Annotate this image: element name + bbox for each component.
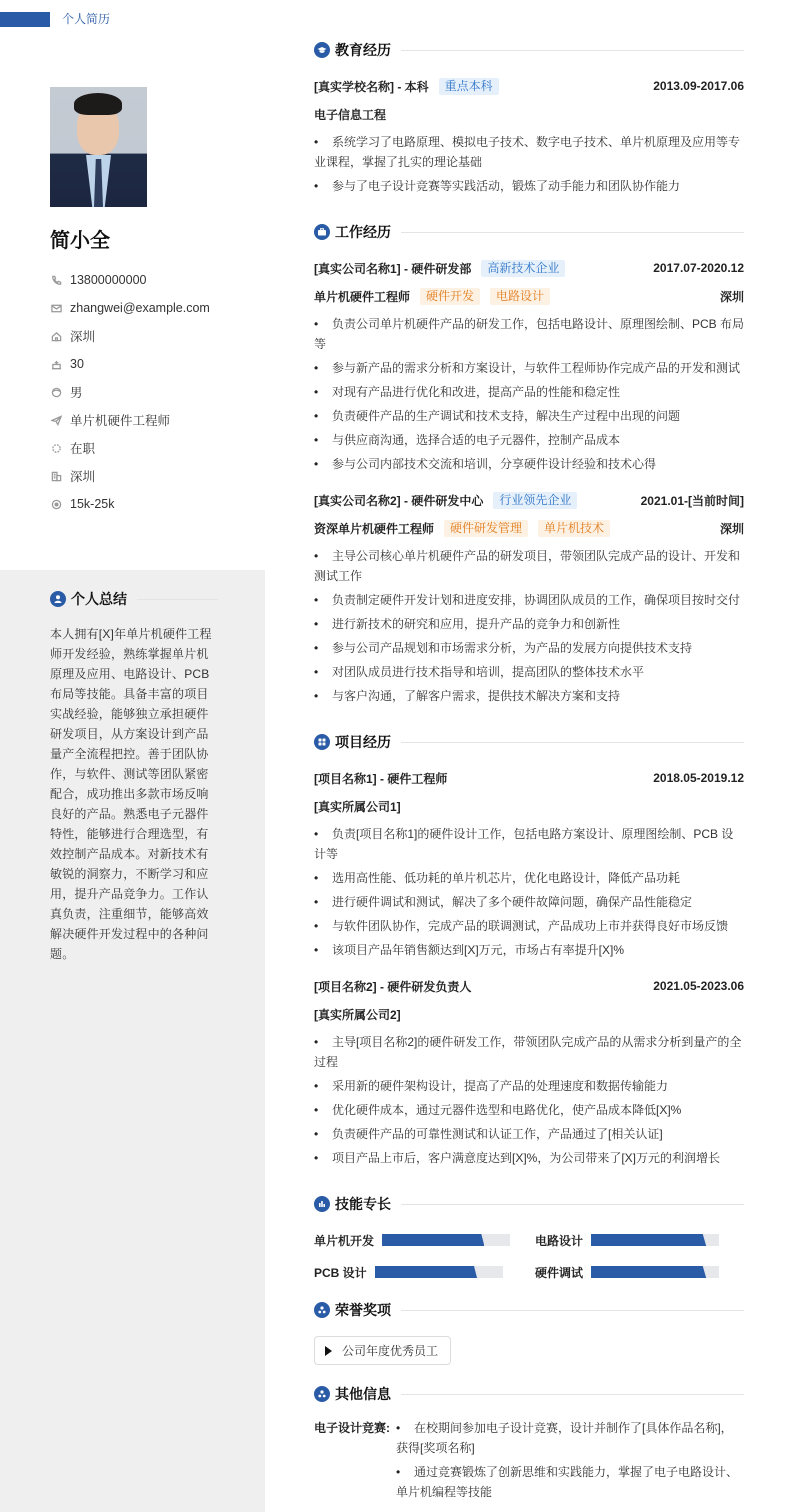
list-item: 参与公司产品规划和市场需求分析，为产品的发展方向提供技术支持 [314,638,744,658]
job-1-period: 2017.07-2020.12 [653,261,744,275]
skill-bar [382,1234,510,1246]
graduation-cap-icon [314,42,330,58]
send-icon [50,414,62,426]
info-status: 在职 [50,434,260,462]
education-bullets: 系统学习了电路原理、模拟电子技术、数字电子技术、单片机原理及应用等专业课程，掌握… [314,132,744,200]
skill-item: 单片机开发 [314,1230,510,1250]
summary-text: 本人拥有[X]年单片机硬件工程师开发经验，熟练掌握单片机原理及应用、电路设计、P… [50,624,216,964]
education-major: 电子信息工程 [314,106,386,123]
photo-hair [74,93,122,115]
summary-title: 个人总结 [71,589,127,609]
info-phone: 13800000000 [50,266,260,294]
job-2-period: 2021.01-[当前时间] [641,492,744,509]
skill-item: 硬件调试 [535,1262,719,1282]
list-item: 参与了电子设计竞赛等实践活动，锻炼了动手能力和团队协作能力 [314,176,744,196]
job-2-company-row: [真实公司名称2] - 硬件研发中心行业领先企业 2021.01-[当前时间] [314,490,744,510]
job-2-city: 深圳 [720,520,744,537]
other-bullets: 在校期间参加电子设计竞赛，设计并制作了[具体作品名称]，获得[奖项名称] 通过竞… [396,1418,744,1506]
info-age-value: 30 [70,357,84,371]
job-1-role: 单片机硬件工程师 [314,288,410,305]
job-2-role-row: 资深单片机硬件工程师硬件研发管理单片机技术 深圳 [314,518,744,538]
list-item: 进行硬件调试和测试，解决了多个硬件故障问题，确保产品性能稳定 [314,892,744,912]
list-item: 参与新产品的需求分析和方案设计，与软件工程师协作完成产品的开发和测试 [314,358,744,378]
other-title: 其他信息 [335,1384,391,1404]
list-item: 主导公司核心单片机硬件产品的研发项目，带领团队完成产品的设计、开发和测试工作 [314,546,744,586]
list-item: 负责制定硬件开发计划和进度安排，协调团队成员的工作，确保项目按时交付 [314,590,744,610]
other-label: 电子设计竞赛: [314,1418,396,1506]
skill-name: 硬件调试 [535,1264,583,1281]
section-divider [401,1310,744,1311]
skill-bar [591,1234,719,1246]
contact-info-list: 13800000000 zhangwei@example.com 深圳 30 男… [50,266,260,518]
award-icon [314,1302,330,1318]
job-1-company: [真实公司名称1] - 硬件研发部 [314,260,471,277]
info-position-value: 单片机硬件工程师 [70,411,170,429]
skill-item: 电路设计 [535,1230,719,1250]
list-item: 负责[项目名称1]的硬件设计工作，包括电路方案设计、原理图绘制、PCB 设计等 [314,824,744,864]
skill-bar [375,1266,503,1278]
avatar-photo [50,87,147,207]
list-item: 通过竞赛锻炼了创新思维和实践能力，掌握了电子电路设计、单片机编程等技能 [396,1462,744,1502]
list-item: 与软件团队协作，完成产品的联调测试，产品成功上市并获得良好市场反馈 [314,916,744,936]
skill-bar-fill [382,1234,484,1246]
job-1-city: 深圳 [720,288,744,305]
education-major-row: 电子信息工程 [314,104,744,124]
list-item: 负责硬件产品的可靠性测试和认证工作，产品通过了[相关认证] [314,1124,744,1144]
skill-bar-fill [591,1266,706,1278]
list-item: 选用高性能、低功耗的单片机芯片，优化电路设计，降低产品功耗 [314,868,744,888]
skill-name: 单片机开发 [314,1232,374,1249]
list-item: 优化硬件成本，通过元器件选型和电路优化，使产品成本降低[X]% [314,1100,744,1120]
project-2-row: [项目名称2] - 硬件研发负责人 2021.05-2023.06 [314,976,744,996]
job-2-role: 资深单片机硬件工程师 [314,520,434,537]
info-phone-value: 13800000000 [70,273,146,287]
salary-icon [50,498,62,510]
project-2-bullets: 主导[项目名称2]的硬件研发工作，带领团队完成产品的从需求分析到量产的全过程 采… [314,1032,744,1172]
user-icon [50,591,66,607]
header-accent-bar [0,12,50,27]
awards-section-header: 荣誉奖项 [314,1300,744,1320]
project-1-company-row: [真实所属公司1] [314,796,744,816]
section-divider [401,1204,744,1205]
project-1-row: [项目名称1] - 硬件工程师 2018.05-2019.12 [314,768,744,788]
grid-icon [314,734,330,750]
list-item: 对现有产品进行优化和改进，提高产品的性能和稳定性 [314,382,744,402]
list-item: 该项目产品年销售额达到[X]万元，市场占有率提升[X]% [314,940,744,960]
project-2-period: 2021.05-2023.06 [653,979,744,993]
list-item: 对团队成员进行技术指导和培训，提高团队的整体技术水平 [314,662,744,682]
section-divider [137,599,218,600]
award-label: 公司年度优秀员工 [342,1342,438,1359]
briefcase-icon [314,224,330,240]
info-icon [314,1386,330,1402]
list-item: 参与公司内部技术交流和培训，分享硬件设计经验和技术心得 [314,454,744,474]
list-item: 与客户沟通，了解客户需求，提供技术解决方案和支持 [314,686,744,706]
award-item: 公司年度优秀员工 [314,1336,451,1365]
job-1-role-tag: 电路设计 [490,288,550,305]
info-gender-value: 男 [70,383,83,401]
info-salary-value: 15k-25k [70,497,114,511]
triangle-right-icon [325,1346,332,1356]
projects-title: 项目经历 [335,732,391,752]
job-1-company-row: [真实公司名称1] - 硬件研发部高新技术企业 2017.07-2020.12 [314,258,744,278]
education-school-row: [真实学校名称] - 本科重点本科 2013.09-2017.06 [314,76,744,96]
projects-section-header: 项目经历 [314,732,744,752]
project-2-name: [项目名称2] - 硬件研发负责人 [314,978,471,995]
list-item: 在校期间参加电子设计竞赛，设计并制作了[具体作品名称]，获得[奖项名称] [396,1418,744,1458]
info-age: 30 [50,350,260,378]
skill-bar-fill [591,1234,706,1246]
summary-section-header: 个人总结 [50,589,218,609]
project-1-company: [真实所属公司1] [314,798,401,815]
info-email-value: zhangwei@example.com [70,301,210,315]
list-item: 主导[项目名称2]的硬件研发工作，带领团队完成产品的从需求分析到量产的全过程 [314,1032,744,1072]
job-2-bullets: 主导公司核心单片机硬件产品的研发项目，带领团队完成产品的设计、开发和测试工作 负… [314,546,744,710]
info-salary: 15k-25k [50,490,260,518]
info-city: 深圳 [50,462,260,490]
section-divider [401,232,744,233]
mail-icon [50,302,62,314]
phone-icon [50,274,62,286]
education-title: 教育经历 [335,40,391,60]
list-item: 负责公司单片机硬件产品的研发工作，包括电路设计、原理图绘制、PCB 布局等 [314,314,744,354]
list-item: 采用新的硬件架构设计，提高了产品的处理速度和数据传输能力 [314,1076,744,1096]
job-2-company-tag: 行业领先企业 [493,492,577,509]
gender-icon [50,386,62,398]
building-icon [50,470,62,482]
info-position: 单片机硬件工程师 [50,406,260,434]
education-section-header: 教育经历 [314,40,744,60]
skill-name: 电路设计 [535,1232,583,1249]
project-1-name: [项目名称1] - 硬件工程师 [314,770,447,787]
skill-bar [591,1266,719,1278]
info-city-value: 深圳 [70,467,95,485]
job-1-role-tag: 硬件开发 [420,288,480,305]
skills-title: 技能专长 [335,1194,391,1214]
job-2-role-tag: 单片机技术 [538,520,610,537]
project-1-period: 2018.05-2019.12 [653,771,744,785]
list-item: 系统学习了电路原理、模拟电子技术、数字电子技术、单片机原理及应用等专业课程，掌握… [314,132,744,172]
info-status-value: 在职 [70,439,95,457]
status-icon [50,442,62,454]
work-section-header: 工作经历 [314,222,744,242]
list-item: 项目产品上市后，客户满意度达到[X]%，为公司带来了[X]万元的利润增长 [314,1148,744,1168]
other-info-block: 电子设计竞赛: 在校期间参加电子设计竞赛，设计并制作了[具体作品名称]，获得[奖… [314,1418,744,1506]
project-2-company: [真实所属公司2] [314,1006,401,1023]
info-location-value: 深圳 [70,327,95,345]
profile-name: 简小全 [50,228,110,254]
cake-icon [50,358,62,370]
home-icon [50,330,62,342]
job-1-role-row: 单片机硬件工程师硬件开发电路设计 深圳 [314,286,744,306]
job-1-company-tag: 高新技术企业 [481,260,565,277]
other-section-header: 其他信息 [314,1384,744,1404]
section-divider [401,742,744,743]
info-email: zhangwei@example.com [50,294,260,322]
skill-item: PCB 设计 [314,1262,503,1282]
skill-name: PCB 设计 [314,1264,367,1281]
bar-chart-icon [314,1196,330,1212]
section-divider [401,1394,744,1395]
job-2-company: [真实公司名称2] - 硬件研发中心 [314,492,483,509]
school-name: [真实学校名称] - 本科 [314,78,429,95]
job-2-role-tag: 硬件研发管理 [444,520,528,537]
education-period: 2013.09-2017.06 [653,79,744,93]
project-1-bullets: 负责[项目名称1]的硬件设计工作，包括电路方案设计、原理图绘制、PCB 设计等 … [314,824,744,964]
skills-section-header: 技能专长 [314,1194,744,1214]
list-item: 负责硬件产品的生产调试和技术支持，解决生产过程中出现的问题 [314,406,744,426]
section-divider [401,50,744,51]
list-item: 进行新技术的研究和应用，提升产品的竞争力和创新性 [314,614,744,634]
work-title: 工作经历 [335,222,391,242]
list-item: 与供应商沟通，选择合适的电子元器件，控制产品成本 [314,430,744,450]
info-gender: 男 [50,378,260,406]
school-tag: 重点本科 [439,78,499,95]
skill-bar-fill [375,1266,477,1278]
job-1-bullets: 负责公司单片机硬件产品的研发工作，包括电路设计、原理图绘制、PCB 布局等 参与… [314,314,744,478]
page-title: 个人简历 [62,11,110,28]
info-location: 深圳 [50,322,260,350]
awards-title: 荣誉奖项 [335,1300,391,1320]
project-2-company-row: [真实所属公司2] [314,1004,744,1024]
